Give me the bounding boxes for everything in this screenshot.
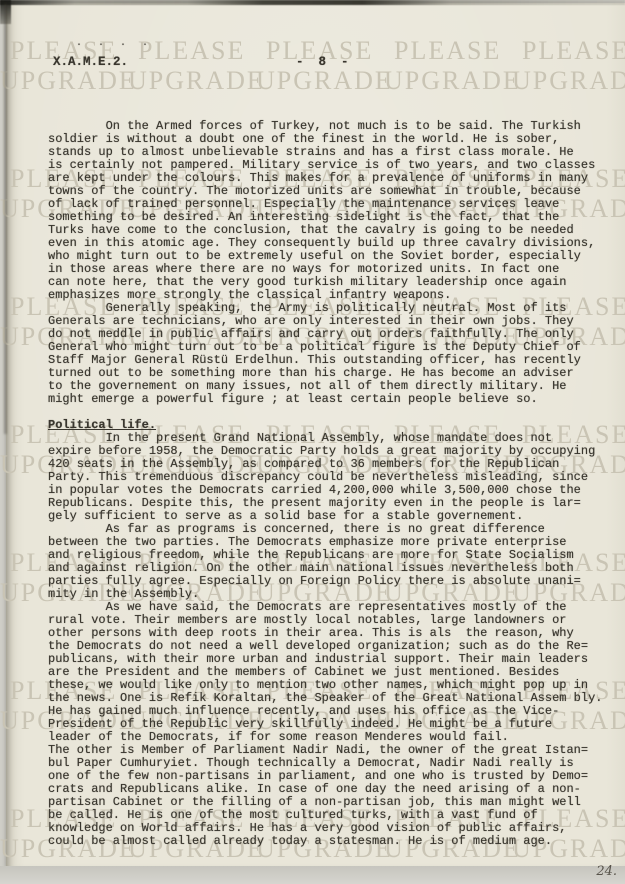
paragraph: In the present Grand National Assembly, … — [48, 432, 618, 523]
document-body: On the Armed forces of Turkey, not much … — [48, 120, 618, 848]
page-number-header: - 8 - — [296, 55, 349, 69]
scan-left-edge-artifact — [4, 4, 7, 434]
paragraph: As far as programs is concerned, there i… — [48, 523, 618, 601]
page-number-footer: 24. — [596, 864, 617, 879]
paragraph: The other is Member of Parliament Nadir … — [48, 744, 618, 848]
scan-top-edge-artifact — [0, 0, 625, 5]
scanned-page: PLEASEPLEASEPLEASEPLEASEPLEASEUPGRADEUPG… — [0, 0, 625, 884]
text-line: could be almost called already today a s… — [48, 835, 618, 848]
paragraph: Generally speaking, the Army is politica… — [48, 302, 618, 406]
paragraph: As we have said, the Democrats are repre… — [48, 601, 618, 744]
scan-background-band — [0, 866, 625, 884]
paragraph: On the Armed forces of Turkey, not much … — [48, 120, 618, 302]
text-line: might emerge a powerful figure ; at leas… — [48, 393, 618, 406]
stray-pencil-marks: . . . . — [76, 38, 153, 49]
document-reference: X.A.M.E.2. — [53, 55, 128, 69]
